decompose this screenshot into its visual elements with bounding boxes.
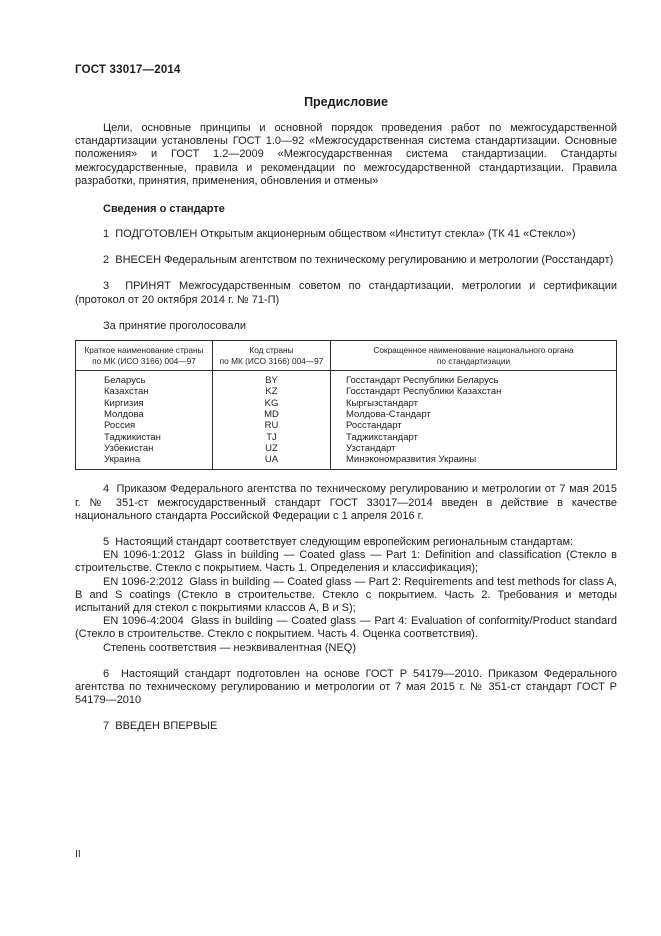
table-row: РоссияRUРосстандарт — [76, 420, 617, 431]
foreword-item-5-en1: EN 1096-1:2012 Glass in building — Coate… — [75, 549, 617, 575]
table-header-body: Сокращенное наименование национального о… — [331, 341, 617, 371]
foreword-item-6: 6 Настоящий стандарт подготовлен на осно… — [75, 668, 617, 708]
table-cell: BY — [213, 371, 331, 387]
table-row: БеларусьBYГосстандарт Республики Беларус… — [76, 371, 617, 387]
vote-label: За принятие проголосовали — [75, 320, 617, 333]
table-cell: Госстандарт Республики Казахстан — [331, 386, 617, 397]
table-cell: Узстандарт — [331, 443, 617, 454]
doc-number: ГОСТ 33017—2014 — [75, 64, 617, 76]
table-cell: UA — [213, 454, 331, 470]
table-cell: Казахстан — [76, 386, 213, 397]
table-cell: TJ — [213, 432, 331, 443]
table-row: УкраинаUAМинэкономразвития Украины — [76, 454, 617, 470]
table-cell: Госстандарт Республики Беларусь — [331, 371, 617, 387]
table-cell: KG — [213, 398, 331, 409]
table-cell: Узбекистан — [76, 443, 213, 454]
page-number: II — [75, 848, 81, 860]
table-header-country: Краткое наименование страны по МК (ИСО 3… — [76, 341, 213, 371]
foreword-item-7: 7 ВВЕДЕН ВПЕРВЫЕ — [75, 720, 617, 733]
table-cell: UZ — [213, 443, 331, 454]
foreword-item-1: 1 ПОДГОТОВЛЕН Открытым акционерным общес… — [75, 228, 617, 241]
table-header-row: Краткое наименование страны по МК (ИСО 3… — [76, 341, 617, 371]
foreword-item-3: 3 ПРИНЯТ Межгосударственным советом по с… — [75, 280, 617, 306]
table-cell: Молдова-Стандарт — [331, 409, 617, 420]
table-row: УзбекистанUZУзстандарт — [76, 443, 617, 454]
table-cell: Росстандарт — [331, 420, 617, 431]
table-row: МолдоваMDМолдова-Стандарт — [76, 409, 617, 420]
table-cell: Таджикистан — [76, 432, 213, 443]
section-heading-standard-info: Сведения о стандарте — [75, 203, 617, 215]
table-cell: RU — [213, 420, 331, 431]
foreword-item-5-intro: 5 Настоящий стандарт соответствует следу… — [75, 536, 617, 549]
table-cell: MD — [213, 409, 331, 420]
table-cell: Киргизия — [76, 398, 213, 409]
table-row: КазахстанKZГосстандарт Республики Казахс… — [76, 386, 617, 397]
page-title: Предисловие — [75, 95, 617, 109]
foreword-intro-paragraph: Цели, основные принципы и основной поряд… — [75, 122, 617, 188]
foreword-item-5-en2: EN 1096-2:2012 Glass in building — Coate… — [75, 576, 617, 616]
table-body: БеларусьBYГосстандарт Республики Беларус… — [76, 371, 617, 470]
voting-table: Краткое наименование страны по МК (ИСО 3… — [75, 340, 617, 470]
foreword-item-5-degree: Степень соответствия — неэквивалентная (… — [75, 642, 617, 655]
table-cell: Кыргызстандарт — [331, 398, 617, 409]
table-cell: KZ — [213, 386, 331, 397]
table-cell: Беларусь — [76, 371, 213, 387]
table-header-code: Код страны по МК (ИСО 3166) 004—97 — [213, 341, 331, 371]
table-cell: Таджикстандарт — [331, 432, 617, 443]
document-page: ГОСТ 33017—2014 Предисловие Цели, основн… — [0, 0, 661, 936]
foreword-item-4: 4 Приказом Федерального агентства по тех… — [75, 483, 617, 523]
table-cell: Украина — [76, 454, 213, 470]
table-cell: Молдова — [76, 409, 213, 420]
foreword-item-5-en4: EN 1096-4:2004 Glass in building — Coate… — [75, 615, 617, 641]
table-cell: Минэкономразвития Украины — [331, 454, 617, 470]
table-row: КиргизияKGКыргызстандарт — [76, 398, 617, 409]
table-cell: Россия — [76, 420, 213, 431]
foreword-item-2: 2 ВНЕСЕН Федеральным агентством по техни… — [75, 254, 617, 267]
table-row: ТаджикистанTJТаджикстандарт — [76, 432, 617, 443]
